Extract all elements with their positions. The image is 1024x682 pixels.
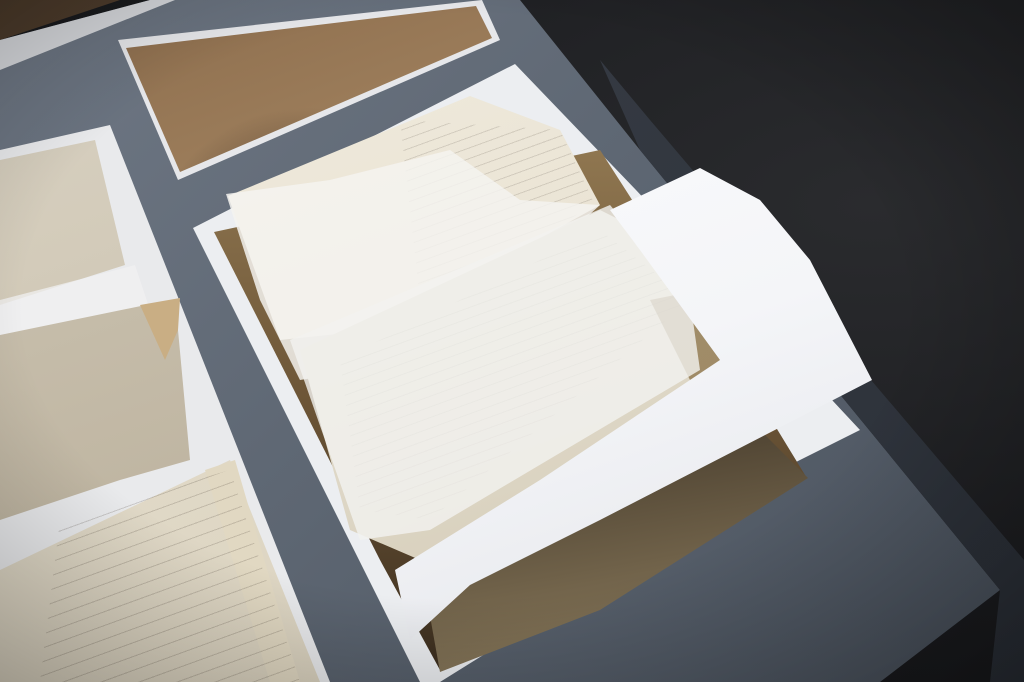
vignette	[0, 0, 1024, 682]
